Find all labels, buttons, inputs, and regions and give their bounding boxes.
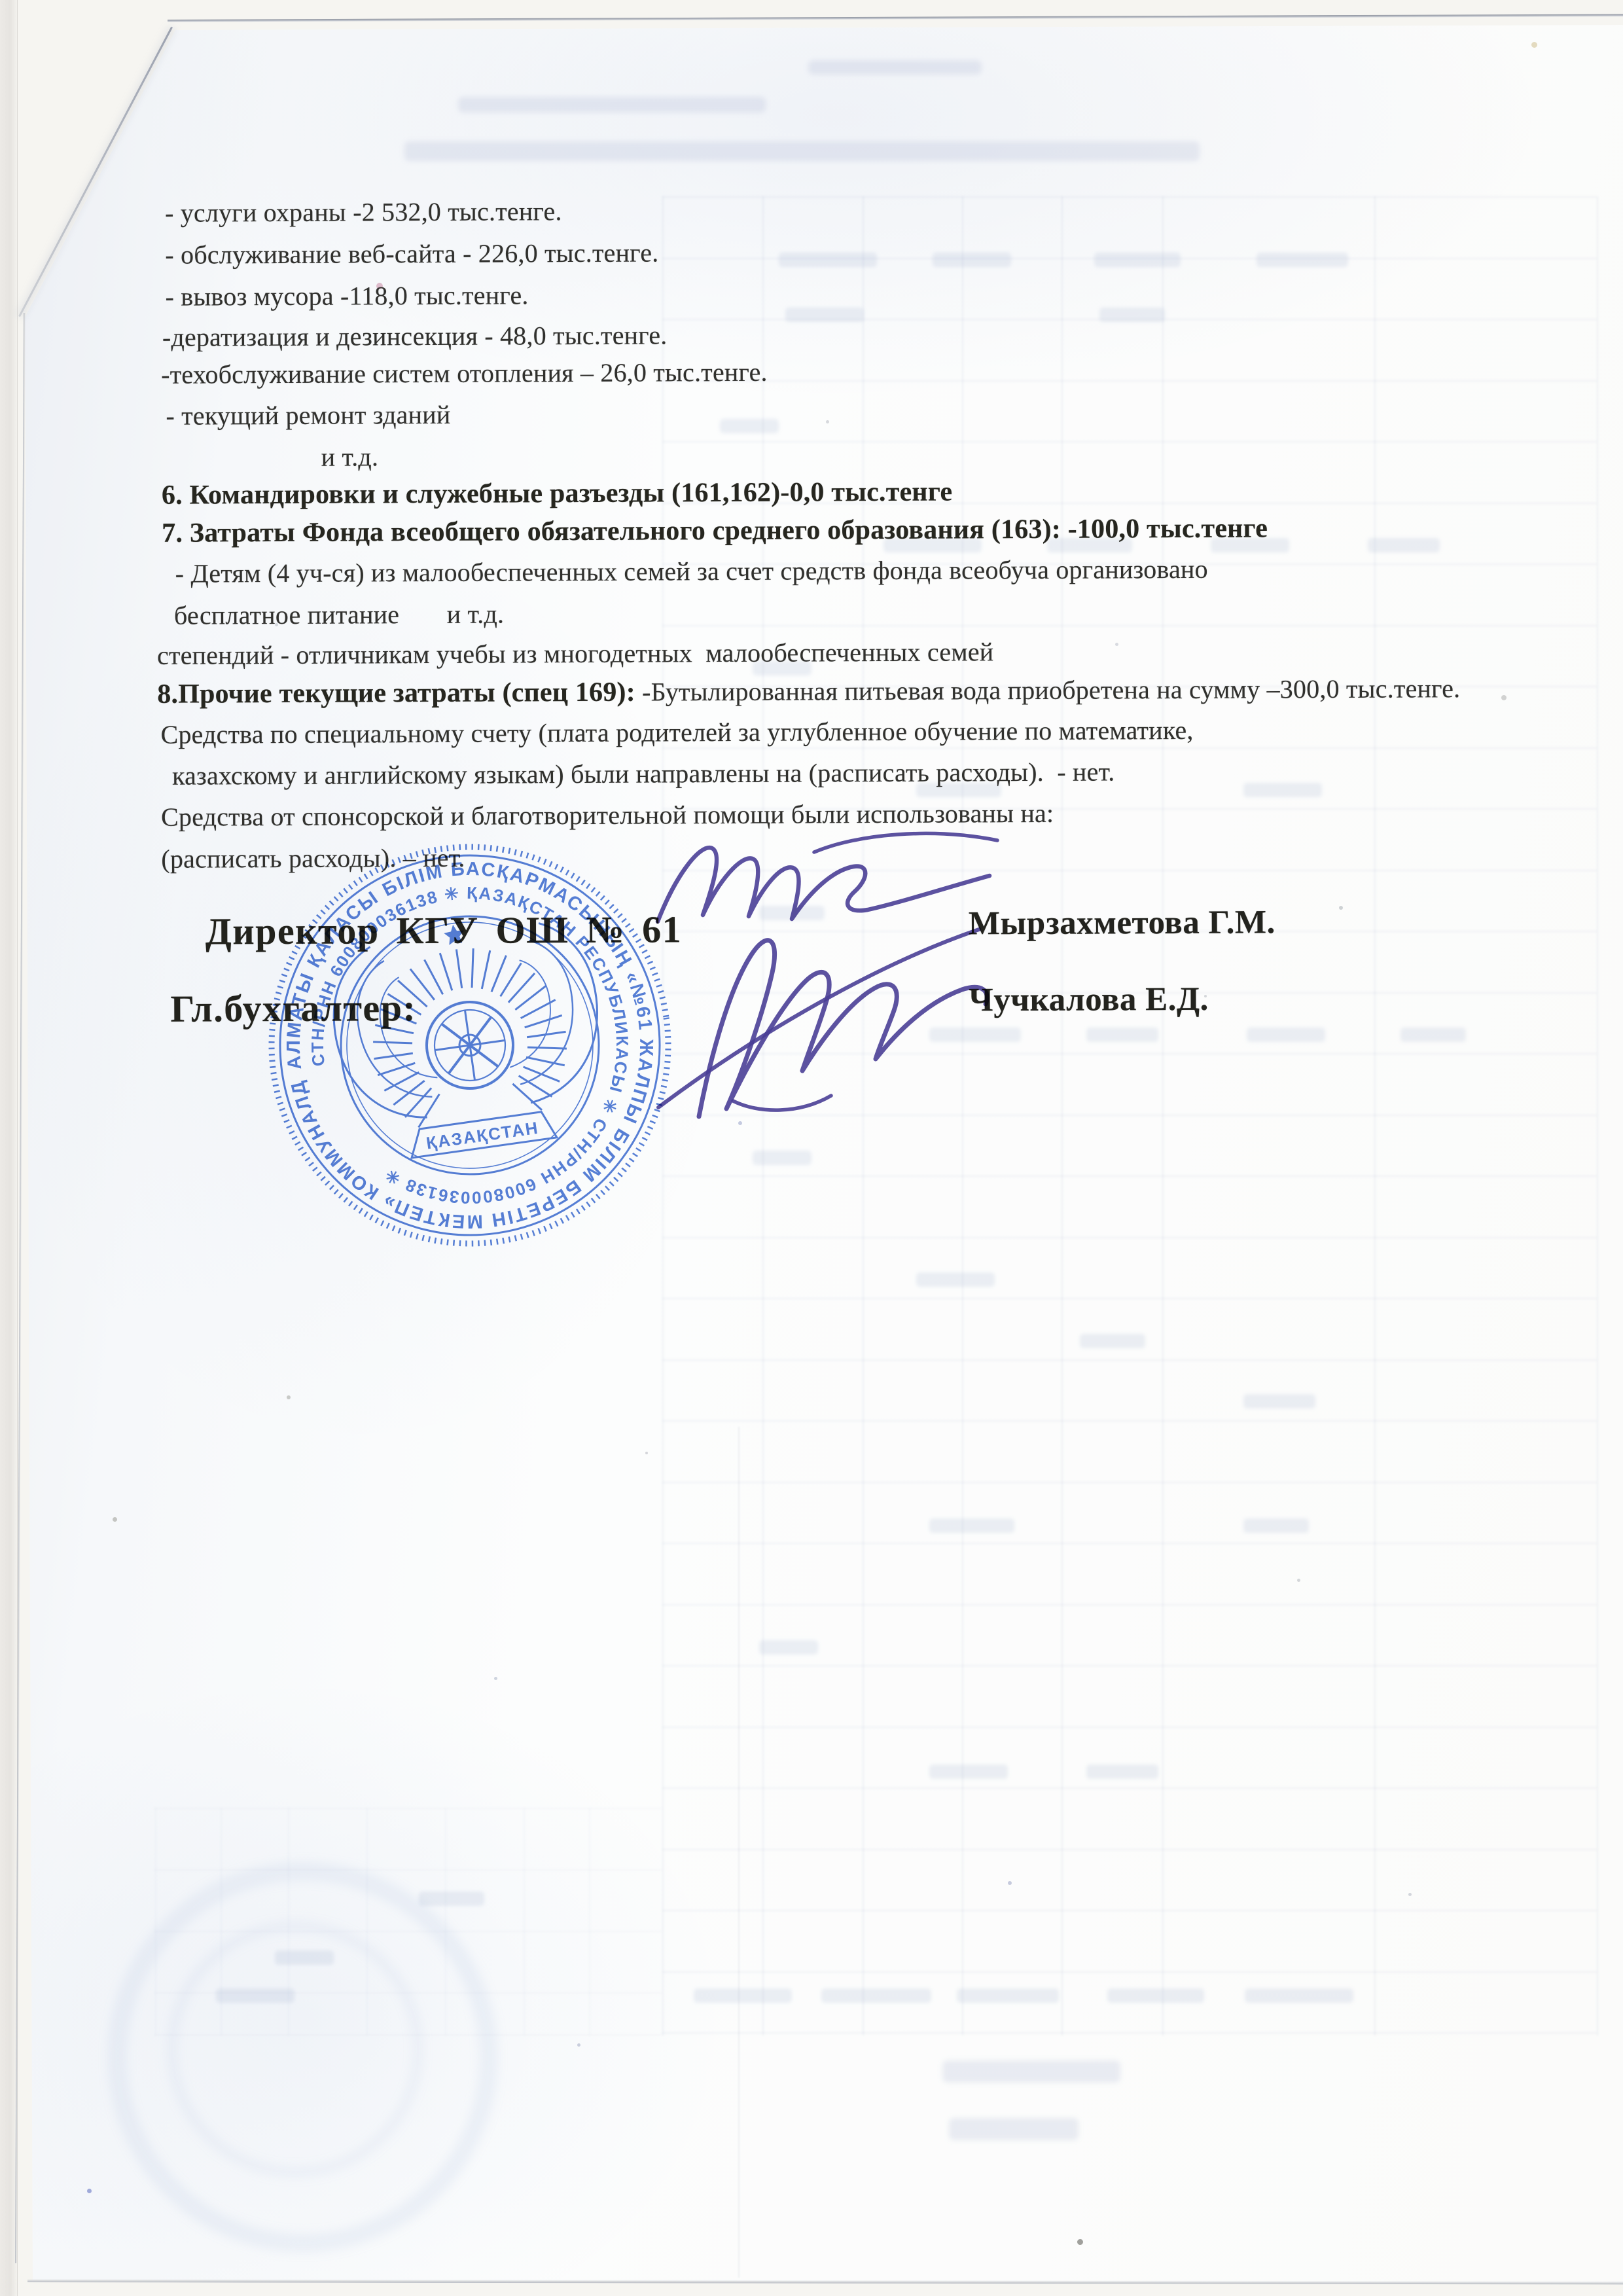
- signatures-layer: [0, 0, 1623, 2296]
- director-signature: [658, 834, 997, 922]
- scanned-document-page: { "doc": { "expense_lines": [ "- услуги …: [0, 0, 1623, 2296]
- accountant-signature: [658, 929, 987, 1117]
